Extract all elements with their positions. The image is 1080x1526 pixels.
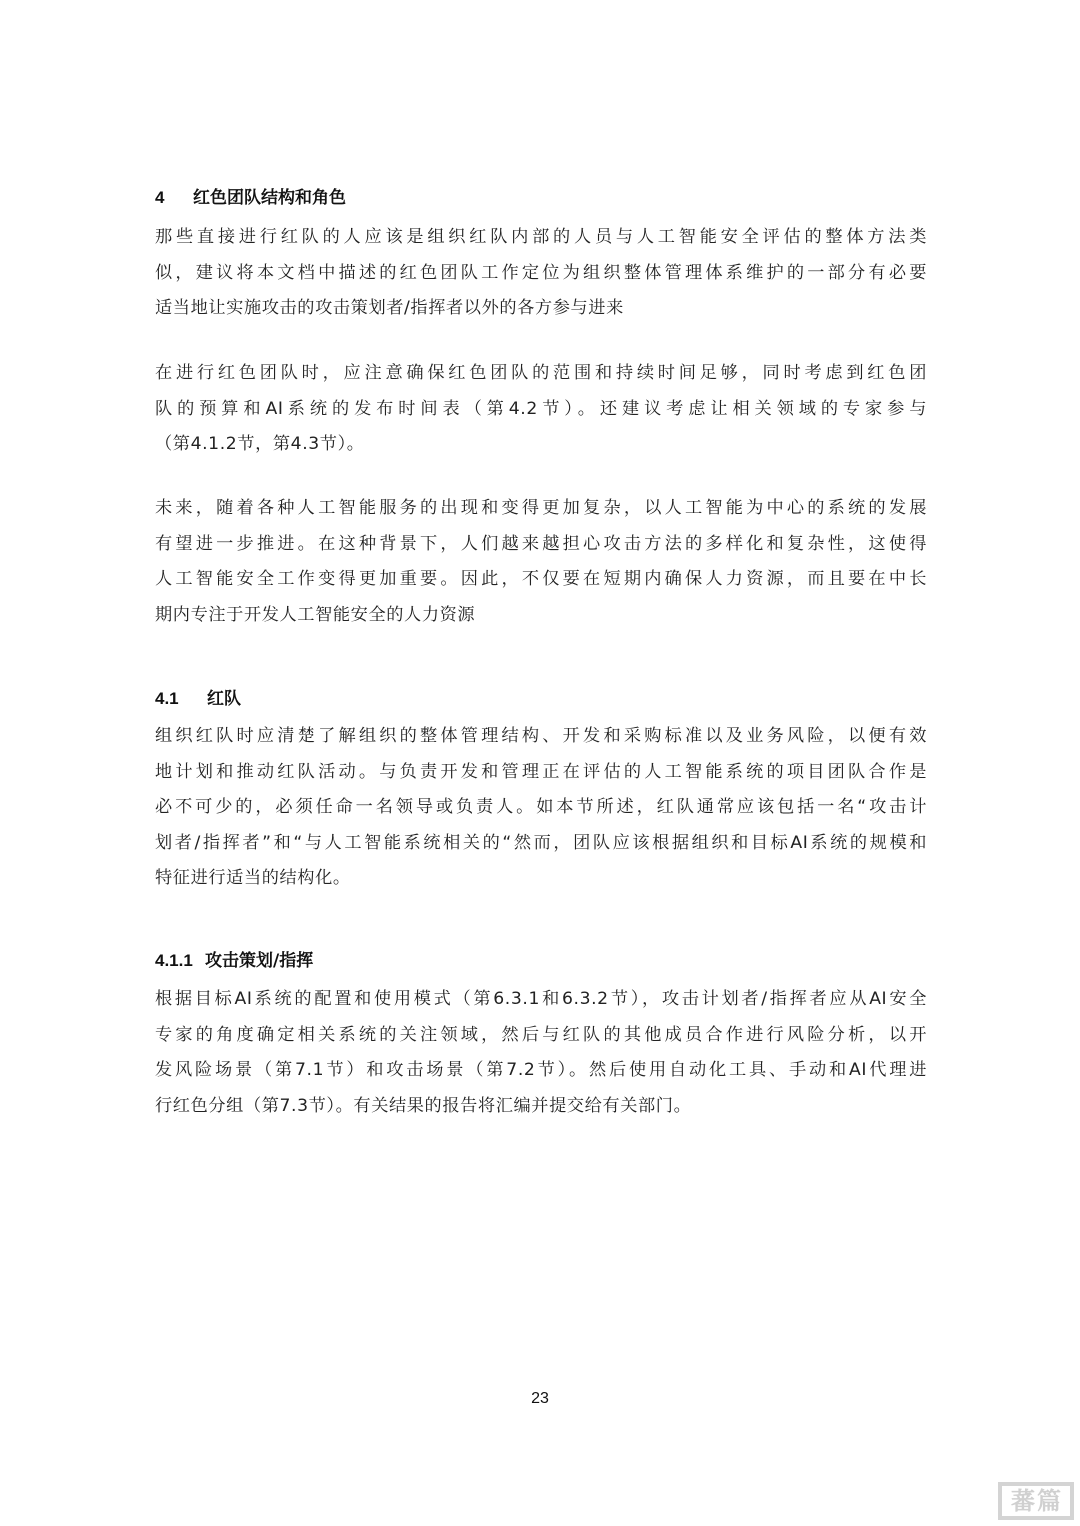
text-line: 人工智能安全工作变得更加重要。因此，不仅要在短期内确保人力资源，而且要在中长	[155, 562, 927, 598]
text-line: （第4.1.2节，第4.3节）。	[155, 427, 927, 463]
text-line: 专家的角度确定相关系统的关注领域，然后与红队的其他成员合作进行风险分析，以开	[155, 1018, 927, 1054]
section-title: 攻击策划/指挥	[205, 951, 313, 971]
section-number: 4	[155, 188, 193, 208]
text-line: 未来，随着各种人工智能服务的出现和变得更加复杂，以人工智能为中心的系统的发展	[155, 491, 927, 527]
section-title: 红队	[207, 689, 241, 709]
section-title: 红色团队结构和角色	[193, 188, 346, 208]
text-line: 队的预算和AI系统的发布时间表（第4.2节）。还建议考虑让相关领域的专家参与	[155, 392, 927, 428]
text-line: 划者/指挥者”和“与人工智能系统相关的“然而，团队应该根据组织和目标AI系统的规…	[155, 826, 927, 862]
paragraph: 在进行红色团队时，应注意确保红色团队的范围和持续时间足够，同时考虑到红色团 队的…	[155, 356, 927, 463]
watermark-glyph: 蕃	[1011, 1489, 1035, 1513]
text-line: 必不可少的，必须任命一名领导或负责人。如本节所述，红队通常应该包括一名“攻击计	[155, 790, 927, 826]
document-page: 4红色团队结构和角色 那些直接进行红队的人应该是组织红队内部的人员与人工智能安全…	[0, 0, 1080, 1526]
paragraph: 根据目标AI系统的配置和使用模式（第6.3.1和6.3.2节），攻击计划者/指挥…	[155, 982, 927, 1124]
page-number: 23	[0, 1390, 1080, 1408]
watermark-glyph: 篇	[1037, 1489, 1061, 1513]
paragraph: 组织红队时应清楚了解组织的整体管理结构、开发和采购标准以及业务风险，以便有效 地…	[155, 719, 927, 897]
paragraph: 那些直接进行红队的人应该是组织红队内部的人员与人工智能安全评估的整体方法类 似，…	[155, 220, 927, 327]
text-line: 根据目标AI系统的配置和使用模式（第6.3.1和6.3.2节），攻击计划者/指挥…	[155, 982, 927, 1018]
section-heading-4-1-1: 4.1.1攻击策划/指挥	[155, 946, 313, 971]
text-line: 特征进行适当的结构化。	[155, 861, 927, 897]
paragraph: 未来，随着各种人工智能服务的出现和变得更加复杂，以人工智能为中心的系统的发展 有…	[155, 491, 927, 633]
text-line: 在进行红色团队时，应注意确保红色团队的范围和持续时间足够，同时考虑到红色团	[155, 356, 927, 392]
section-heading-4: 4红色团队结构和角色	[155, 183, 346, 208]
section-number: 4.1	[155, 689, 207, 709]
text-line: 期内专注于开发人工智能安全的人力资源	[155, 598, 927, 634]
text-line: 有望进一步推进。在这种背景下，人们越来越担心攻击方法的多样化和复杂性，这使得	[155, 527, 927, 563]
section-heading-4-1: 4.1红队	[155, 684, 241, 709]
section-number: 4.1.1	[155, 951, 205, 971]
text-line: 行红色分组（第7.3节）。有关结果的报告将汇编并提交给有关部门。	[155, 1089, 927, 1125]
watermark-seal-icon: 蕃 篇	[998, 1482, 1074, 1520]
text-line: 地计划和推动红队活动。与负责开发和管理正在评估的人工智能系统的项目团队合作是	[155, 755, 927, 791]
text-line: 适当地让实施攻击的攻击策划者/指挥者以外的各方参与进来	[155, 291, 927, 327]
text-line: 组织红队时应清楚了解组织的整体管理结构、开发和采购标准以及业务风险，以便有效	[155, 719, 927, 755]
text-line: 那些直接进行红队的人应该是组织红队内部的人员与人工智能安全评估的整体方法类	[155, 220, 927, 256]
text-line: 似，建议将本文档中描述的红色团队工作定位为组织整体管理体系维护的一部分有必要	[155, 256, 927, 292]
text-line: 发风险场景（第7.1节）和攻击场景（第7.2节）。然后使用自动化工具、手动和AI…	[155, 1053, 927, 1089]
